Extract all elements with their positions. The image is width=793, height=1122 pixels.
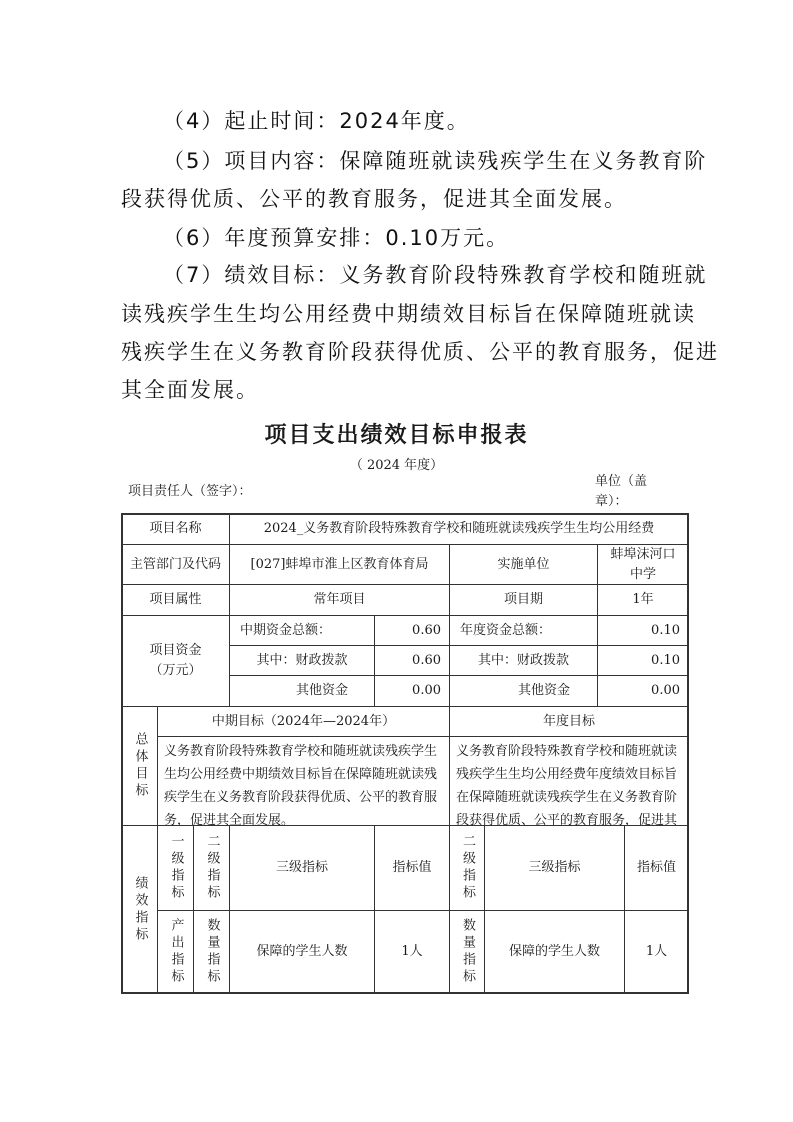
header-level3: 三级指标 xyxy=(229,825,375,911)
table-row-level3-annual: 保障的学生人数 xyxy=(484,910,625,994)
header-level2-annual-text: 二级指标 xyxy=(457,834,477,902)
mid-goal-text: 义务教育阶段特殊教育学校和随班就读残疾学生生均公用经费中期绩效目标旨在保障随班就… xyxy=(157,736,450,826)
paragraph-goal-line1: （7）绩效目标：义务教育阶段特殊教育学校和随班就 xyxy=(163,262,707,288)
form-year: （ 2024 年度） xyxy=(0,454,793,473)
responsible-person-label: 项目责任人（签字）： xyxy=(128,482,252,502)
project-name-label: 项目名称 xyxy=(121,513,230,545)
annual-total-label: 年度资金总额： xyxy=(449,615,598,646)
indicators-label: 绩效指标 xyxy=(121,825,158,994)
mid-fiscal-label: 其中：财政拨款 xyxy=(229,645,375,676)
row-level1-text: 产出指标 xyxy=(166,918,186,986)
mid-total-label: 中期资金总额： xyxy=(229,615,375,646)
header-level1: 一级指标 xyxy=(157,825,194,911)
header-value-annual: 指标值 xyxy=(624,825,689,911)
table-row-level1: 产出指标 xyxy=(157,910,194,994)
funds-label: 项目资金 （万元） xyxy=(121,615,230,707)
mid-other-value: 0.00 xyxy=(374,675,450,707)
annual-goal-text: 义务教育阶段特殊教育学校和随班就读残疾学生生均公用经费年度绩效目标旨在保障随班就… xyxy=(449,736,689,826)
paragraph-budget: （6）年度预算安排：0.10万元。 xyxy=(163,225,509,251)
overall-goals-label-text: 总体目标 xyxy=(130,732,150,800)
form-title: 项目支出绩效目标申报表 xyxy=(0,418,793,449)
dept-label: 主管部门及代码 xyxy=(121,544,230,585)
paragraph-content-line2: 段获得优质、公平的教育服务，促进其全面发展。 xyxy=(121,186,627,212)
project-attr-value: 常年项目 xyxy=(229,584,450,616)
annual-total-value: 0.10 xyxy=(597,615,689,646)
mid-fiscal-value: 0.60 xyxy=(374,645,450,676)
annual-other-value: 0.00 xyxy=(597,675,689,707)
table-row-level2: 数量指标 xyxy=(193,910,230,994)
header-level3-annual: 三级指标 xyxy=(484,825,625,911)
table-row-level3: 保障的学生人数 xyxy=(229,910,375,994)
annual-other-label: 其他资金 xyxy=(449,675,598,707)
table-row-level2-annual: 数量指标 xyxy=(449,910,485,994)
unit-seal-label-line1: 单位（盖 xyxy=(595,472,647,492)
paragraph-goal-line2: 读残疾学生生均公用经费中期绩效目标旨在保障随班就读 xyxy=(121,301,696,327)
mid-total-value: 0.60 xyxy=(374,615,450,646)
header-level2-text: 二级指标 xyxy=(202,834,222,902)
paragraph-content-line1: （5）项目内容：保障随班就读残疾学生在义务教育阶 xyxy=(163,148,707,174)
header-level1-text: 一级指标 xyxy=(166,834,186,902)
overall-goals-label: 总体目标 xyxy=(121,706,158,826)
project-name-value: 2024_义务教育阶段特殊教育学校和随班就读残疾学生生均公用经费 xyxy=(229,513,689,545)
row-level2-annual-text: 数量指标 xyxy=(457,918,477,986)
funds-label-line1: 项目资金 xyxy=(149,641,201,661)
mid-other-label: 其他资金 xyxy=(229,675,375,707)
annual-goal-header: 年度目标 xyxy=(449,706,689,737)
header-level2-annual: 二级指标 xyxy=(449,825,485,911)
unit-seal-label-line2: 章）： xyxy=(595,492,628,512)
project-attr-label: 项目属性 xyxy=(121,584,230,616)
project-period-value: 1年 xyxy=(597,584,689,616)
paragraph-period: （4）起止时间：2024年度。 xyxy=(163,108,470,134)
paragraph-goal-line4: 其全面发展。 xyxy=(121,377,259,403)
paragraph-goal-line3: 残疾学生在义务教育阶段获得优质、公平的教育服务，促进 xyxy=(121,339,719,365)
project-period-label: 项目期 xyxy=(449,584,598,616)
annual-fiscal-label: 其中：财政拨款 xyxy=(449,645,598,676)
row-level2-text: 数量指标 xyxy=(202,918,222,986)
mid-goal-header: 中期目标（2024年—2024年） xyxy=(157,706,450,737)
dept-value: [027]蚌埠市淮上区教育体育局 xyxy=(229,544,450,585)
table-row-value: 1人 xyxy=(374,910,450,994)
table-row-value-annual: 1人 xyxy=(624,910,689,994)
annual-fiscal-value: 0.10 xyxy=(597,645,689,676)
header-level2: 二级指标 xyxy=(193,825,230,911)
funds-label-line2: （万元） xyxy=(149,661,201,681)
indicators-label-text: 绩效指标 xyxy=(130,876,150,944)
impl-unit-label: 实施单位 xyxy=(449,544,598,585)
impl-unit-value: 蚌埠沫河口中学 xyxy=(597,544,689,585)
header-value: 指标值 xyxy=(374,825,450,911)
